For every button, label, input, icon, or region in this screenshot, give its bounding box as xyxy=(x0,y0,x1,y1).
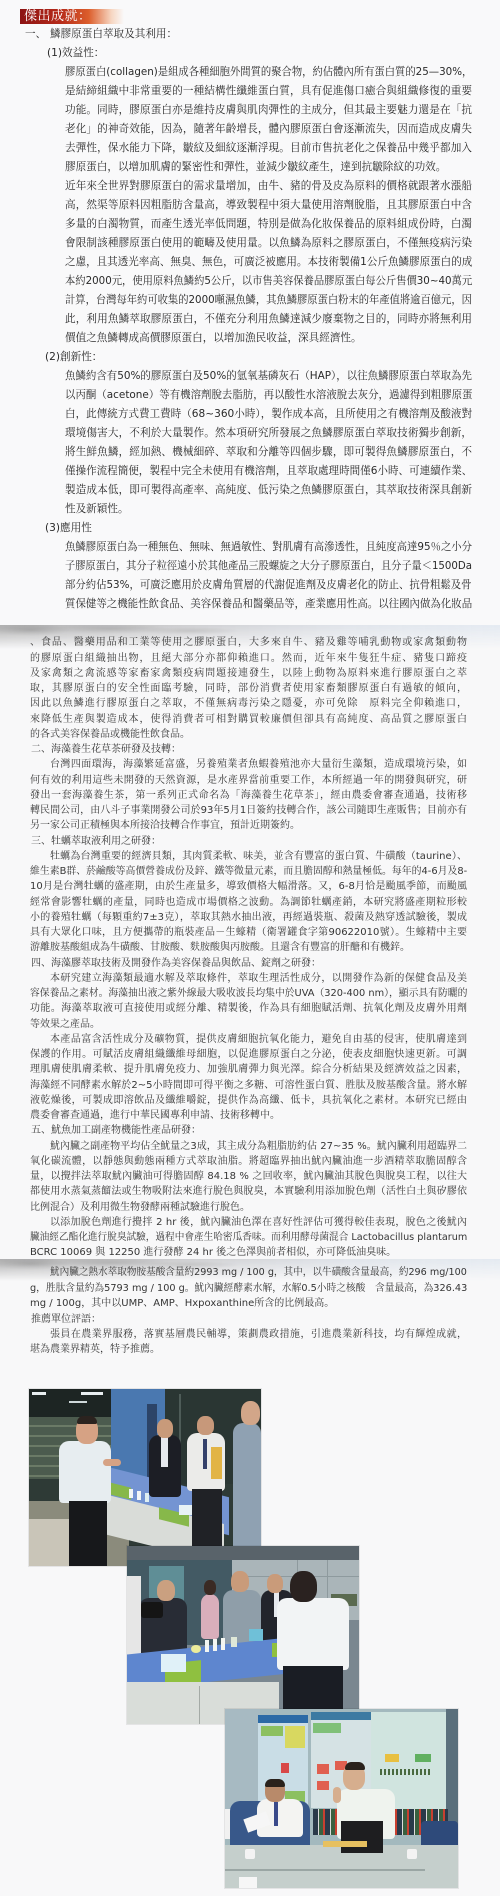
paragraph-line: 經常會影響牡蠣的產量，同時也造成市場價格之波動。為調節牡蠣產銷，本研究將盛產期粒… xyxy=(30,895,467,910)
section-number: 二、 xyxy=(31,744,51,755)
section-number: 三、 xyxy=(31,836,51,847)
paragraph-line: 功能。海藻萃取液可直接使用或經分離、精製後，作為具有細胞賦活劑、抗氧化劑及皮膚外… xyxy=(30,1001,467,1016)
paragraph-line: 魚鱗約含有50%的膠原蛋白及50%的氫氧基磷灰石（HAP），以往魚鱗膠原蛋白萃取… xyxy=(65,367,466,386)
paragraph-line: 本研究建立海藻類最適水解及萃取條件，萃取生理活性成分，以開發作為新的保健食品及美 xyxy=(50,971,467,986)
section-heading: 五、魷魚加工副產物機能性產品研發： xyxy=(0,1123,500,1138)
paragraph-line: 將生鮮魚鱗，經加熱、機械細碎、萃取和分離等四個步驟，即可製得魚鱗膠原蛋白，不 xyxy=(65,443,472,462)
paragraph-line: 性及新穎性。 xyxy=(65,500,472,519)
photo-product-display xyxy=(127,1546,359,1724)
paragraph-line: 膠原蛋白(collagen)是組成各種細胞外間質的聚合物，約佔體內所有蛋白質的2… xyxy=(65,63,461,82)
paragraph-line: 農委會審查通過，進行中華民國專利申請、技術移轉中。 xyxy=(30,1108,467,1123)
paragraph-line: 發出一套海藻養生茶，第一系列正式命名為「海藻養生花草茶」，經由農委會審查通過，技… xyxy=(30,788,467,803)
subsection-label: (2)創新性： xyxy=(45,348,102,367)
paragraph-line: 價值之魚鱗轉成高價膠原蛋白，以增加漁民收益，深具經濟性。 xyxy=(65,329,472,348)
subsection-label: (1)效益性： xyxy=(47,44,104,63)
paragraph-line: 功能。同時，膠原蛋白亦是維持皮膚與肌肉彈性的主成分，但其最主要魅力還是在「抗 xyxy=(65,101,472,120)
paragraph-line: 取，其膠原蛋白的安全性面臨考驗，同時，部份消費者使用家畜類膠原蛋白有過敏的傾向， xyxy=(30,681,467,696)
paragraph-line: 另一家公司正積極與本所接洽技轉合作事宜，預計近期簽約。 xyxy=(30,818,467,833)
paragraph-line: 會限制該種膠原蛋白使用的範疇及使用量。以魚鱗為原料之膠原蛋白，不僅無疫病污染 xyxy=(65,234,472,253)
paragraph-line: g，胜肽含量約為5793 mg / 100 g。魷內臟經酵素水解，水解0.5小時… xyxy=(30,1281,454,1296)
section-title: 海藻養生花草茶研發及技轉： xyxy=(51,744,181,755)
paragraph-line: 以丙酮（acetone）等有機溶劑脫去脂肪，再以酸性水溶液脫去灰分，過濾得到粗膠… xyxy=(65,386,466,405)
photo-lab-demonstration xyxy=(29,1389,261,1566)
section-title: 鱗膠原蛋白萃取及其利用： xyxy=(50,25,177,44)
paragraph-line: 部分約佔53%，可廣泛應用於皮膚角質層的代謝促進劑及皮膚老化的防止、抗骨粗鬆及骨 xyxy=(65,576,463,595)
paragraph-line: mg / 100g，其中以UMP、AMP、Hxpoxanthine所含的比例最高… xyxy=(30,1296,467,1311)
recommendation-label: 推薦單位評語： xyxy=(31,1312,101,1327)
paragraph-line: 計算，台灣每年約可收集的2000噸濕魚鱗，其魚鱗膠原蛋白粉末的年產值將逾百億元，… xyxy=(65,291,460,310)
paragraph-line: 轉民間公司，由八斗子事業開發公司於93年5月1日簽約技轉合作，該公司隨即生產販售… xyxy=(30,803,467,818)
paragraph-line: 白，此傳統方式費工費時（68~360小時），製作成本高，且所使用之有機溶劑及酸液… xyxy=(65,405,471,424)
paragraph-line: 量，以攪拌法萃取魷內臟油可得膽固醇 84.18 % 之回收率，魷內臟油其脫色與脫… xyxy=(30,1169,467,1184)
section-heading: 三、牡蠣萃取液利用之研發： xyxy=(0,834,500,849)
paragraph-line: 堪為農業界精英，特予推薦。 xyxy=(30,1342,467,1357)
paragraph-line: 及家禽類之禽流感等家畜家禽類疫病問題接連發生，以陸上動物為原料來進行膠原蛋白之萃 xyxy=(30,666,467,681)
paragraph-line: 老化」的神奇效能，因為，隨著年齡增長，體內膠原蛋白會逐漸流失，因而造成皮膚失 xyxy=(65,120,472,139)
paragraph-line: 本產品富含活性成分及礦物質，提供皮膚細胞抗氧化能力，避免自由基的侵害，使肌膚達到 xyxy=(50,1032,467,1047)
paragraph-line: 來降低生產與製造成本，使得消費者可相對購買較廉價但卻具有高純度、高品質之膠原蛋白 xyxy=(30,712,467,727)
continued-paragraph: 、食品、醫藥用品和工業等使用之膠原蛋白，大多來自牛、豬及雞等哺乳動物或家禽類動物… xyxy=(0,635,500,742)
paragraph-line: 比例混合）及利用微生物發酵兩種試驗進行脫色。 xyxy=(30,1200,467,1215)
section-number: 四、 xyxy=(31,958,51,969)
paragraph-line: 游離胺基酸組成為牛磺酸、甘胺酸、麩胺酸與丙胺酸。且還含有豐富的肝醣和有機鋅。 xyxy=(30,940,467,955)
paragraph-line: 之慮，且其透光率高、無臭、無色，可廣泛被應用。本技術製備1公斤魚鱗膠原蛋白的成 xyxy=(65,253,470,272)
paragraph-line: 、食品、醫藥用品和工業等使用之膠原蛋白，大多來自牛、豬及雞等哺乳動物或家禽類動物 xyxy=(30,635,467,650)
badge-label: 傑出成就： xyxy=(24,9,92,24)
section-title: 海藻膠萃取技術及開發作為美容保養品與飲品、錠劑之研發： xyxy=(51,958,321,969)
paragraph-line: 本約2000元，使用原料魚鱗約5公斤，以市售美容保養品膠原蛋白每公斤售價30~4… xyxy=(65,272,460,291)
paragraph-line: 魷內臟之熱水萃取物胺基酸含量約2993 mg / 100 g，其中，以牛磺酸含量… xyxy=(50,1265,451,1280)
section-heading: 四、海藻膠萃取技術及開發作為美容保養品與飲品、錠劑之研發： xyxy=(0,956,500,971)
section-number: 五、 xyxy=(31,1125,51,1136)
paragraph-line: 多量的白濁物質，而產生透光率低問題，特別是做為化妝保養品的原料組成份時，白濁 xyxy=(65,215,472,234)
paragraph-line: 容保養品之素材。海藻抽出液之紫外線最大吸收波長均集中於UVA（320-400 n… xyxy=(30,986,458,1001)
paragraph-line: 子膠原蛋白，其分子粒徑遠小於其他產品三股螺旋之大分子膠原蛋白，且分子量＜1500… xyxy=(65,557,457,576)
paragraph-line: 質保健等之機能性飲食品、美容保養品和醫藥品等，產業應用性高。以往國內做為化妝品 xyxy=(65,595,466,614)
section-1: 一、 鱗膠原蛋白萃取及其利用： (1)效益性： 膠原蛋白(collagen)是組… xyxy=(0,25,500,614)
paragraph-line: 高，然渠等原料因粗脂肪含量高，導致製程中須大量使用溶劑脫脂，且其膠原蛋白中含 xyxy=(65,196,472,215)
paragraph-line: 去彈性，保水能力下降，皺紋及細紋逐漸浮現。目前市售抗老化之保養品中幾乎都加入 xyxy=(65,139,472,158)
paragraph-line: 環境傷害大，不利於大量製作。然本項研究所發展之魚鱗膠原蛋白萃取技術獨步創新， xyxy=(65,424,472,443)
paragraph-line: 近年來全世界對膠原蛋白的需求量增加，由牛、豬的骨及皮為原料的價格就跟著水漲船 xyxy=(65,177,472,196)
paragraph-line: 氧化碳流體，以靜態與動態兩種方式萃取油脂。將超臨界抽出魷內臟油進一步酒精萃取膽固… xyxy=(30,1154,467,1169)
paragraph-line: 10月是台灣牡蠣的盛產期，由於生產量多，導致價格大幅滑落。又，6-8月恰是颱風季… xyxy=(30,879,467,894)
section-number: 一、 xyxy=(25,25,46,44)
paragraph-line: 的膠原蛋白組織抽出物，且絕大部分亦都仰賴進口。然而，近年來牛隻狂牛症、豬隻口蹄疫 xyxy=(30,651,467,666)
paragraph-line: 海藻經不同酵素水解於2~5小時間即可得平衡之多糖、可溶性蛋白質、胜肽及胺基酸含量… xyxy=(30,1078,467,1093)
section-title: 魷魚加工副產物機能性產品研發： xyxy=(51,1125,201,1136)
paragraph-line: 因此以魚鱗進行膠原蛋白之萃取，不僅無病毒污染之隱憂，亦可免除 原料完全仰賴進口， xyxy=(30,696,467,711)
subsection-label: (3)應用性 xyxy=(45,519,92,538)
paragraph-line: 臟油經乙酯化進行脫臭試驗，過程中會產生哈密瓜香味。而利用酵母菌混合 Lactob… xyxy=(30,1230,452,1245)
paragraph-line: 的各式美容保養品或機能性飲食品。 xyxy=(30,727,467,742)
section-heading: 二、海藻養生花草茶研發及技轉： xyxy=(0,742,500,757)
section-title: 牡蠣萃取液利用之研發： xyxy=(51,836,161,847)
paragraph-line: 小的養殖牡蠣（每顆重約7±3克），萃取其熱水抽出液，再經過裝瓶、殺菌及熱穿透試驗… xyxy=(30,910,467,925)
page-2-text: 、食品、醫藥用品和工業等使用之膠原蛋白，大多來自牛、豬及雞等哺乳動物或家禽類動物… xyxy=(0,635,500,1260)
paragraph-line: 是結締組織中非常重要的一種結構性纖維蛋白質，具有促進傷口癒合與組織修復的重要 xyxy=(65,82,472,101)
paragraph-line: 台灣四面環海，海藻繁延富盛，另養殖業者魚蝦養殖池亦大量衍生藻類，造成環境污染，如 xyxy=(50,757,467,772)
paragraph-line: 製造成本低，即可製得高產率、高純度、低污染之魚鱗膠原蛋白，其萃取技術深具創新 xyxy=(65,481,472,500)
outstanding-achievements-badge: 傑出成就： xyxy=(20,9,124,24)
paragraph-line: 此，利用魚鱗萃取膠原蛋白，不僅充分利用魚鱗達減少廢棄物之目的，同時亦將無利用 xyxy=(65,310,472,329)
paragraph-line: 以添加脫色劑進行攪拌 2 hr 後，魷內臟油色澤在喜好性評估可獲得較佳表現，脫色… xyxy=(50,1215,467,1230)
paragraph-line: 膠原蛋白，以增加肌膚的緊密性和彈性，並減少皺紋產生，達到抗皺除紋的功效。 xyxy=(65,158,472,177)
paragraph-line: 保護的作用。可賦活皮膚組織纖維母細胞，以促進膠原蛋白之分泌，使表皮細胞快速更新。… xyxy=(30,1047,467,1062)
paragraph-line: 液乾燥後，可製成即溶飲品及纖維嚼錠，提供作為高纖、低卡，具抗氧化之素材。本研究已… xyxy=(30,1093,467,1108)
paragraph-line: 魚鱗膠原蛋白為一種無色、無味、無過敏性、對肌膚有高滲透性，且純度高達95％之小分 xyxy=(65,538,463,557)
section-heading: 一、 鱗膠原蛋白萃取及其利用： xyxy=(0,25,500,44)
paragraph-line: 都使用水蒸氣蒸餾法或生物吸附法來進行脫色與脫臭，本實驗利用添加脫色劑（活性白土與… xyxy=(30,1184,467,1199)
paragraph-line: 張員在農業界服務，落實基層農民輔導，策劃農政措施，引進農業新科技，均有輝煌成就， xyxy=(50,1327,467,1342)
paragraph-line: 何有效的利用這些未開發的天然資源，是水產界當前重要工作，本所經過一年的開發與研究… xyxy=(30,773,467,788)
paragraph-line: 僅操作流程簡便，製程中完全未使用有機溶劑，且萃取處理時間僅6小時、可連續作業、 xyxy=(65,462,470,481)
paragraph-line: 理肌膚使肌膚柔軟、提升肌膚免疫力、加強肌膚彈力與光澤。綜合分析結果及經濟效益之因… xyxy=(30,1062,467,1077)
page-2-text-continued: 魷內臟之熱水萃取物胺基酸含量約2993 mg / 100 g，其中，以牛磺酸含量… xyxy=(0,1265,500,1357)
paragraph-line: 維生素B群、菸鹼酸等高價營養成份及鋅、鐵等微量元素，而且膽固醇和熱量極低。每年的… xyxy=(30,864,461,879)
photo-poster-presentation xyxy=(225,1709,458,1888)
paragraph-line: 等效果之產品。 xyxy=(30,1017,467,1032)
paragraph-line: 牡蠣為台灣重要的經濟貝類，其肉質柔軟、味美，並含有豐富的蛋白質、牛磺酸（taur… xyxy=(50,849,467,864)
paragraph-line: 具有大眾化口味，且方便攜帶的瓶裝產品－生蠔精（衛署罐食字第90622010號）。… xyxy=(30,925,467,940)
paragraph-line: 魷內臟之副產物平均佔全魷量之3成，其主成分為粗脂肪約佔 27~35 %。魷內臟利… xyxy=(50,1139,467,1154)
